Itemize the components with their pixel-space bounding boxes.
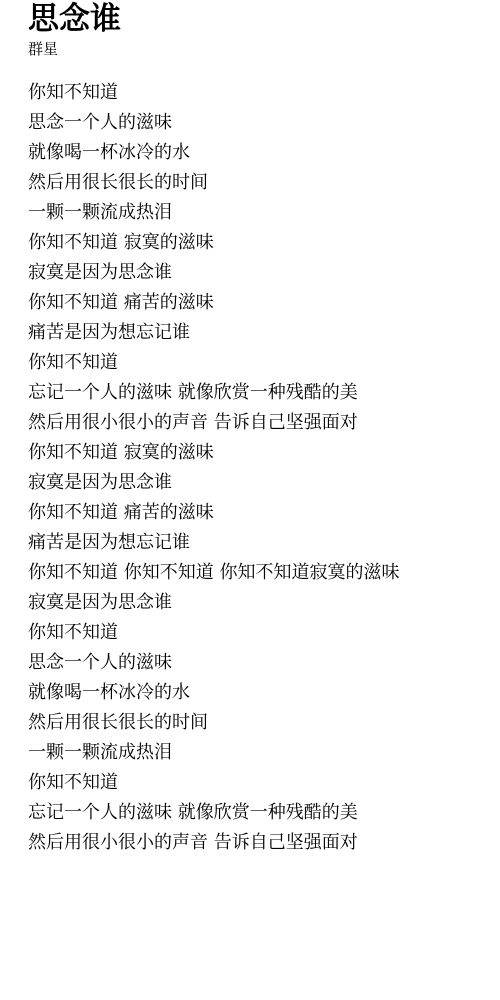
lyric-line: 你知不知道 寂寞的滋味: [28, 228, 480, 258]
lyric-line: 忘记一个人的滋味 就像欣赏一种残酷的美: [28, 798, 480, 828]
lyric-line: 一颗一颗流成热泪: [28, 738, 480, 768]
lyric-line: 思念一个人的滋味: [28, 648, 480, 678]
lyric-line: 痛苦是因为想忘记谁: [28, 528, 480, 558]
lyric-line: 寂寞是因为思念谁: [28, 588, 480, 618]
lyric-line: 你知不知道 痛苦的滋味: [28, 288, 480, 318]
lyric-line: 就像喝一杯冰冷的水: [28, 678, 480, 708]
lyric-line: 痛苦是因为想忘记谁: [28, 318, 480, 348]
lyric-line: 一颗一颗流成热泪: [28, 198, 480, 228]
page-title: 思念谁: [28, 0, 480, 38]
lyric-line: 就像喝一杯冰冷的水: [28, 138, 480, 168]
artist-name: 群星: [28, 39, 480, 59]
lyrics: 你知不知道思念一个人的滋味就像喝一杯冰冷的水然后用很长很长的时间一颗一颗流成热泪…: [28, 78, 480, 858]
lyric-line: 你知不知道 你知不知道 你知不知道寂寞的滋味: [28, 558, 480, 588]
lyric-line: 你知不知道 寂寞的滋味: [28, 438, 480, 468]
lyric-line: 然后用很小很小的声音 告诉自己坚强面对: [28, 408, 480, 438]
lyric-line: 思念一个人的滋味: [28, 108, 480, 138]
lyric-line: 然后用很小很小的声音 告诉自己坚强面对: [28, 828, 480, 858]
lyric-line: 然后用很长很长的时间: [28, 168, 480, 198]
lyric-line: 你知不知道: [28, 348, 480, 378]
lyrics-page: 思念谁 群星 你知不知道思念一个人的滋味就像喝一杯冰冷的水然后用很长很长的时间一…: [0, 0, 500, 1000]
lyric-line: 你知不知道: [28, 78, 480, 108]
lyric-line: 你知不知道 痛苦的滋味: [28, 498, 480, 528]
lyric-line: 然后用很长很长的时间: [28, 708, 480, 738]
lyric-line: 寂寞是因为思念谁: [28, 258, 480, 288]
lyric-line: 忘记一个人的滋味 就像欣赏一种残酷的美: [28, 378, 480, 408]
lyric-line: 你知不知道: [28, 618, 480, 648]
lyric-line: 你知不知道: [28, 768, 480, 798]
lyric-line: 寂寞是因为思念谁: [28, 468, 480, 498]
